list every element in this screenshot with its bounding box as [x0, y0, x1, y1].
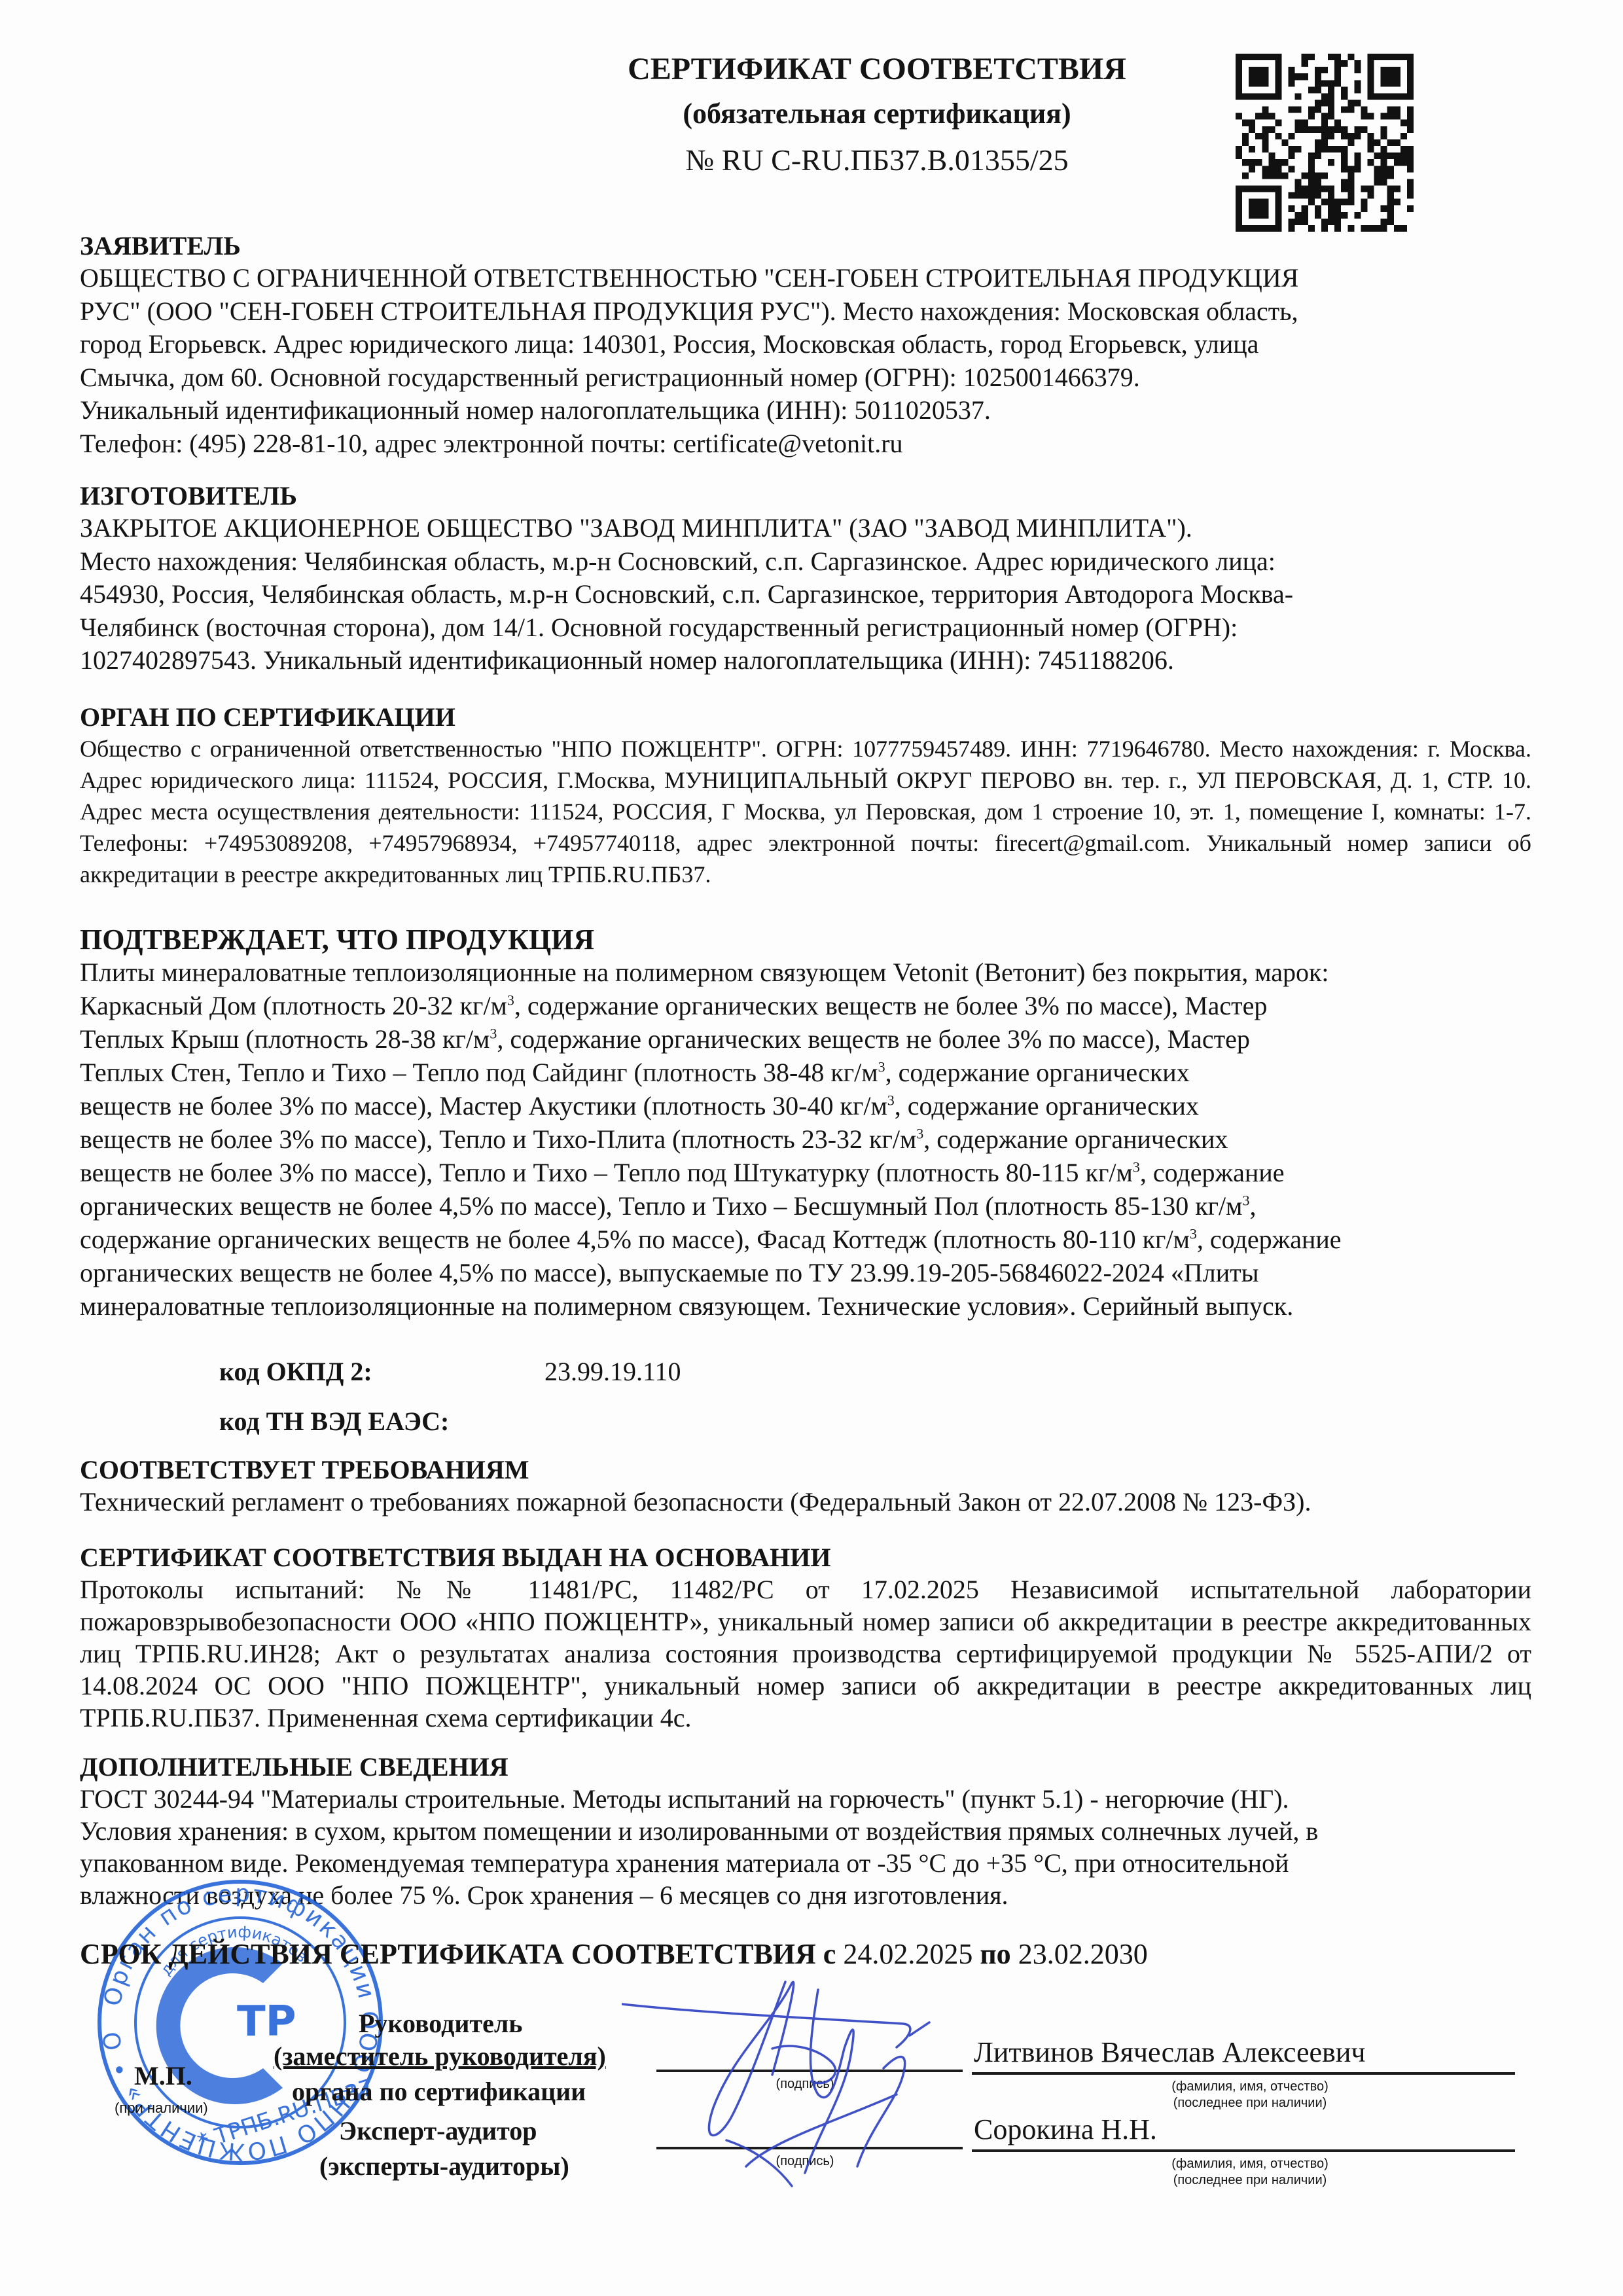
stamp-logo-text: ТР	[237, 1998, 296, 2046]
text-line: Каркасный Дом (плотность 20-32 кг/м3, со…	[80, 989, 1531, 1022]
tnved-label: код ТН ВЭД ЕАЭС:	[219, 1406, 449, 1437]
text-line: веществ не более 3% по массе), Тепло и Т…	[80, 1122, 1531, 1156]
validity-period: СРОК ДЕЙСТВИЯ СЕРТИФИКАТА СООТВЕТСТВИЯ с…	[80, 1937, 1148, 1971]
text-line: ЗАКРЫТОЕ АКЦИОНЕРНОЕ ОБЩЕСТВО "ЗАВОД МИН…	[80, 512, 1531, 545]
applicant-heading: ЗАЯВИТЕЛЬ	[80, 230, 1531, 262]
text-line: город Егорьевск. Адрес юридического лица…	[80, 328, 1531, 361]
cert-body-section: ОРГАН ПО СЕРТИФИКАЦИИ Общество с огранич…	[80, 702, 1531, 890]
validity-to-word: по	[980, 1938, 1010, 1970]
validity-from-date: 24.02.2025	[843, 1938, 972, 1970]
name-caption-line-2: (последнее при наличии)	[1139, 2172, 1361, 2189]
product-section: ПОДТВЕРЖДАЕТ, ЧТО ПРОДУКЦИЯ Плиты минера…	[80, 924, 1531, 1323]
document-subtitle: (обязательная сертификация)	[497, 97, 1257, 130]
text-line: ГОСТ 30244-94 "Материалы строительные. М…	[80, 1783, 1531, 1815]
manufacturer-heading: ИЗГОТОВИТЕЛЬ	[80, 480, 1531, 512]
name-caption-line-1: (фамилия, имя, отчество)	[1139, 2079, 1361, 2095]
text-line: Место нахождения: Челябинская область, м…	[80, 545, 1531, 579]
head-deputy-label: (заместитель руководителя)	[274, 2041, 606, 2072]
applicant-section: ЗАЯВИТЕЛЬ ОБЩЕСТВО С ОГРАНИЧЕННОЙ ОТВЕТС…	[80, 230, 1531, 460]
handwritten-signature	[622, 1977, 962, 2193]
manufacturer-text: ЗАКРЫТОЕ АКЦИОНЕРНОЕ ОБЩЕСТВО "ЗАВОД МИН…	[80, 512, 1531, 677]
text-line: ОБЩЕСТВО С ОГРАНИЧЕННОЙ ОТВЕТСТВЕННОСТЬЮ…	[80, 262, 1531, 295]
expert-name-line	[972, 2149, 1515, 2152]
expert-name-caption: (фамилия, имя, отчество) (последнее при …	[1139, 2156, 1361, 2189]
text-line: содержание органических веществ не более…	[80, 1223, 1531, 1256]
text-line: веществ не более 3% по массе), Мастер Ак…	[80, 1089, 1531, 1122]
text-line: Уникальный идентификационный номер налог…	[80, 394, 1531, 427]
basis-heading: СЕРТИФИКАТ СООТВЕТСТВИЯ ВЫДАН НА ОСНОВАН…	[80, 1542, 1531, 1573]
requirements-section: СООТВЕТСТВУЕТ ТРЕБОВАНИЯМ Технический ре…	[80, 1454, 1531, 1519]
text-line: органических веществ не более 4,5% по ма…	[80, 1189, 1531, 1223]
basis-section: СЕРТИФИКАТ СООТВЕТСТВИЯ ВЫДАН НА ОСНОВАН…	[80, 1542, 1531, 1734]
qr-code-icon	[1236, 54, 1414, 232]
head-name-line	[972, 2072, 1515, 2075]
text-line: органических веществ не более 4,5% по ма…	[80, 1256, 1531, 1289]
text-line: Условия хранения: в сухом, крытом помеще…	[80, 1815, 1531, 1847]
product-text: Плиты минераловатные теплоизоляционные н…	[80, 956, 1531, 1323]
certificate-number: № RU C-RU.ПБ37.В.01355/25	[497, 143, 1257, 177]
head-name: Литвинов Вячеслав Алексеевич	[974, 2036, 1366, 2069]
text-line: Теплых Стен, Тепло и Тихо – Тепло под Са…	[80, 1056, 1531, 1089]
text-line: Плиты минераловатные теплоизоляционные н…	[80, 956, 1531, 989]
validity-to-date: 23.02.2030	[1018, 1938, 1148, 1970]
cert-body-text: Общество с ограниченной ответственностью…	[80, 733, 1531, 890]
product-heading: ПОДТВЕРЖДАЕТ, ЧТО ПРОДУКЦИЯ	[80, 924, 1531, 956]
text-line: РУС" (ООО "СЕН-ГОБЕН СТРОИТЕЛЬНАЯ ПРОДУК…	[80, 295, 1531, 329]
certificate-page: СЕРТИФИКАТ СООТВЕТСТВИЯ (обязательная се…	[0, 0, 1623, 2296]
basis-text: Протоколы испытаний: №№ 11481/РС, 11482/…	[80, 1573, 1531, 1734]
requirements-heading: СООТВЕТСТВУЕТ ТРЕБОВАНИЯМ	[80, 1454, 1531, 1486]
text-line: 1027402897543. Уникальный идентификацион…	[80, 644, 1531, 677]
manufacturer-section: ИЗГОТОВИТЕЛЬ ЗАКРЫТОЕ АКЦИОНЕРНОЕ ОБЩЕСТ…	[80, 480, 1531, 677]
validity-label: СРОК ДЕЙСТВИЯ СЕРТИФИКАТА СООТВЕТСТВИЯ	[80, 1938, 816, 1970]
okpd-label: код ОКПД 2:	[219, 1356, 372, 1387]
expert-name: Сорокина Н.Н.	[974, 2113, 1157, 2146]
seal-place-note: (при наличии)	[115, 2100, 208, 2117]
head-name-caption: (фамилия, имя, отчество) (последнее при …	[1139, 2079, 1361, 2111]
requirements-text: Технический регламент о требованиях пожа…	[80, 1486, 1531, 1519]
experts-label: (эксперты-аудиторы)	[319, 2151, 569, 2181]
text-line: Телефон: (495) 228-81-10, адрес электрон…	[80, 427, 1531, 461]
additional-heading: ДОПОЛНИТЕЛЬНЫЕ СВЕДЕНИЯ	[80, 1751, 1531, 1783]
name-caption-line-2: (последнее при наличии)	[1139, 2095, 1361, 2111]
text-line: Теплых Крыш (плотность 28-38 кг/м3, соде…	[80, 1022, 1531, 1056]
document-title: СЕРТИФИКАТ СООТВЕТСТВИЯ	[497, 51, 1257, 87]
head-label: Руководитель	[359, 2008, 522, 2039]
name-caption-line-1: (фамилия, имя, отчество)	[1139, 2156, 1361, 2172]
applicant-text: ОБЩЕСТВО С ОГРАНИЧЕННОЙ ОТВЕТСТВЕННОСТЬЮ…	[80, 262, 1531, 460]
text-line: минераловатные теплоизоляционные на поли…	[80, 1289, 1531, 1323]
okpd-value: 23.99.19.110	[544, 1356, 681, 1387]
expert-label: Эксперт-аудитор	[339, 2115, 537, 2146]
text-line: веществ не более 3% по массе), Тепло и Т…	[80, 1156, 1531, 1189]
seal-place-label: М.П.	[134, 2060, 192, 2091]
validity-from-word: с	[823, 1938, 836, 1970]
cert-body-heading: ОРГАН ПО СЕРТИФИКАЦИИ	[80, 702, 1531, 733]
text-line: 454930, Россия, Челябинская область, м.р…	[80, 578, 1531, 611]
text-line: Челябинск (восточная сторона), дом 14/1.…	[80, 611, 1531, 645]
text-line: Смычка, дом 60. Основной государственный…	[80, 361, 1531, 395]
head-org-label: органа по сертификации	[292, 2076, 586, 2107]
